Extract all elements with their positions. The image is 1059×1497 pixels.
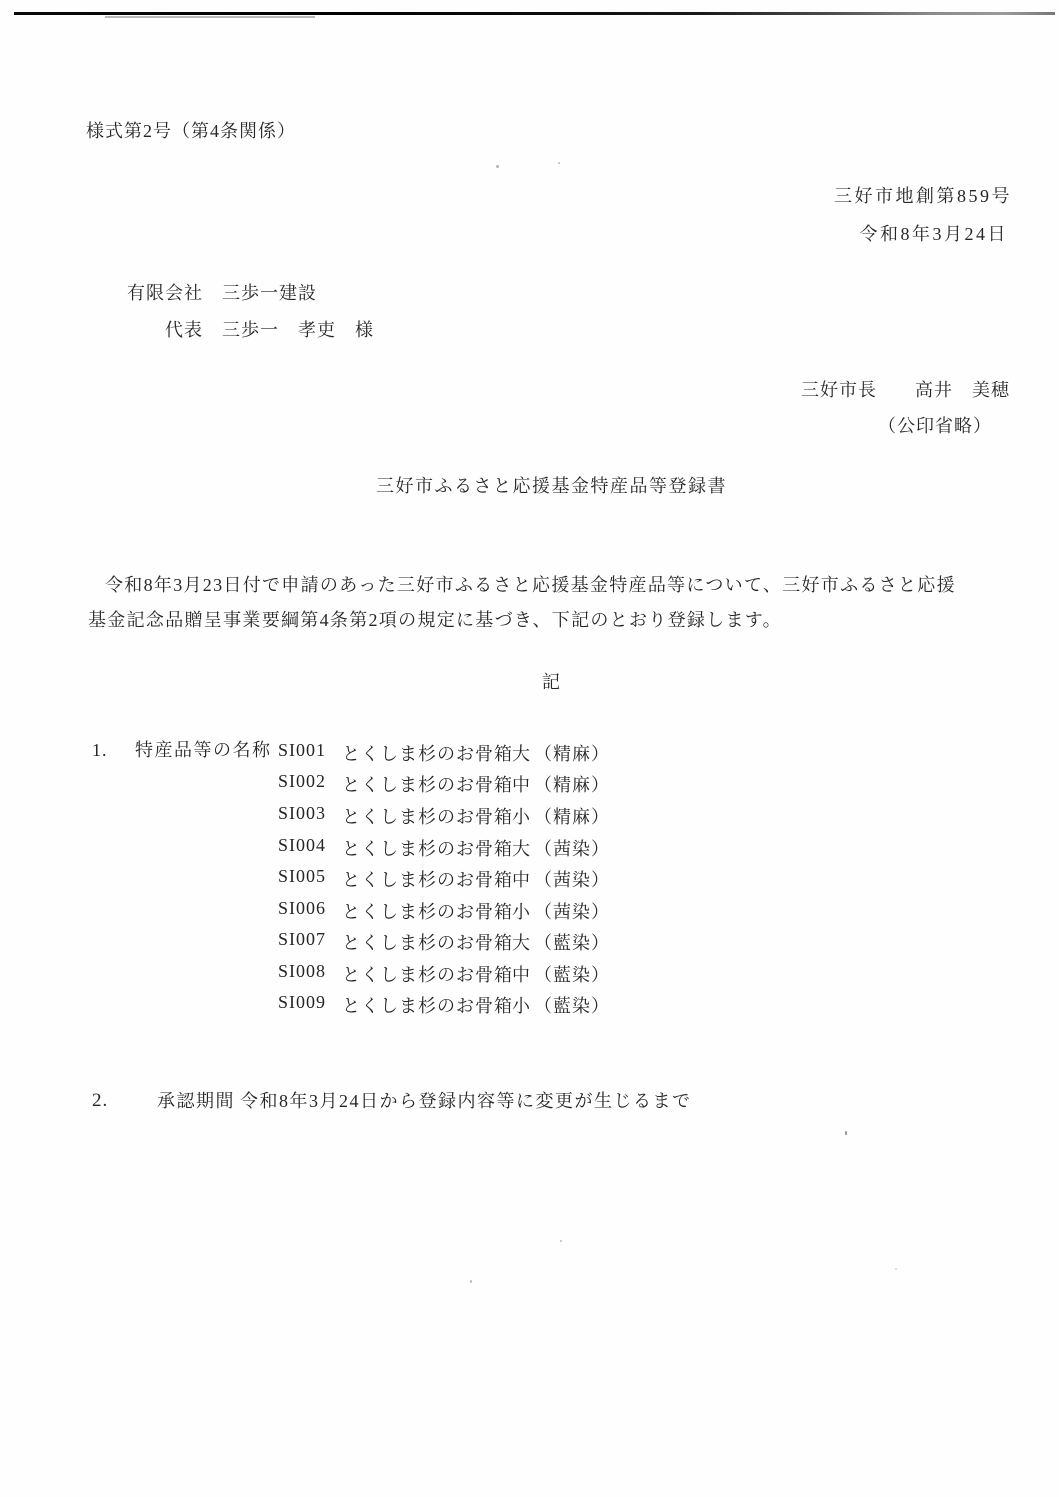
item-2-label: 承認期間 (157, 1091, 235, 1113)
scan-speck (558, 162, 560, 164)
product-variant: （藍染） (534, 992, 610, 1018)
product-size: 中 (512, 771, 531, 797)
scan-speck (496, 165, 499, 168)
product-row: SI006 とくしま杉のお骨箱 小 （茜染） (0, 898, 1059, 922)
addressee-representative: 代表 三歩一 孝吏 様 (165, 320, 374, 342)
ki-marker: 記 (542, 672, 561, 694)
product-size: 小 (512, 992, 531, 1018)
product-size: 中 (512, 961, 531, 987)
product-code: SI008 (278, 961, 326, 982)
product-code: SI007 (278, 929, 326, 950)
product-row: SI009 とくしま杉のお骨箱 小 （藍染） (0, 992, 1059, 1016)
form-number: 様式第2号（第4条関係） (86, 121, 296, 143)
product-code: SI006 (278, 898, 326, 919)
product-size: 大 (512, 835, 531, 861)
product-variant: （茜染） (534, 866, 610, 892)
body-line-1: 令和8年3月23日付で申請のあった三好市ふるさと応援基金特産品等について、三好市… (105, 575, 956, 597)
item-2-number: 2. (92, 1090, 108, 1113)
product-name: とくしま杉のお骨箱 (342, 866, 513, 892)
scan-speck (845, 1131, 847, 1135)
scan-speck (895, 1268, 897, 1270)
scan-speck (470, 1280, 472, 1283)
product-row: SI004 とくしま杉のお骨箱 大 （茜染） (0, 835, 1059, 859)
product-row: SI002 とくしま杉のお骨箱 中 （精麻） (0, 771, 1059, 795)
scanned-document-page: 様式第2号（第4条関係） 三好市地創第859号 令和8年3月24日 有限会社 三… (0, 0, 1059, 1497)
product-name: とくしま杉のお骨箱 (342, 898, 513, 924)
product-size: 小 (512, 803, 531, 829)
product-variant: （精麻） (534, 771, 610, 797)
addressee-company: 有限会社 三歩一建設 (127, 283, 317, 305)
product-code: SI001 (278, 740, 326, 761)
document-title: 三好市ふるさと応援基金特産品等登録書 (376, 476, 727, 498)
product-size: 大 (512, 929, 531, 955)
product-name: とくしま杉のお骨箱 (342, 740, 513, 766)
product-row: SI003 とくしま杉のお骨箱 小 （精麻） (0, 803, 1059, 827)
body-line-2: 基金記念品贈呈事業要綱第4条第2項の規定に基づき、下記のとおり登録します。 (88, 610, 782, 632)
product-name: とくしま杉のお骨箱 (342, 803, 513, 829)
product-variant: （茜染） (534, 898, 610, 924)
product-name: とくしま杉のお骨箱 (342, 992, 513, 1018)
product-size: 小 (512, 898, 531, 924)
product-row: SI005 とくしま杉のお骨箱 中 （茜染） (0, 866, 1059, 890)
product-code: SI005 (278, 866, 326, 887)
product-row: SI008 とくしま杉のお骨箱 中 （藍染） (0, 961, 1059, 985)
product-name: とくしま杉のお骨箱 (342, 961, 513, 987)
scan-speck (560, 1240, 562, 1242)
product-variant: （茜染） (534, 835, 610, 861)
product-variant: （藍染） (534, 961, 610, 987)
product-code: SI003 (278, 803, 326, 824)
scan-artifact-smudge (105, 16, 315, 18)
product-size: 大 (512, 740, 531, 766)
product-variant: （精麻） (534, 803, 610, 829)
product-row: SI007 とくしま杉のお骨箱 大 （藍染） (0, 929, 1059, 953)
product-code: SI009 (278, 992, 326, 1013)
product-row: SI001 とくしま杉のお骨箱 大 （精麻） (0, 740, 1059, 764)
product-variant: （藍染） (534, 929, 610, 955)
product-name: とくしま杉のお骨箱 (342, 929, 513, 955)
issuer-name: 三好市長 高井 美穂 (801, 380, 1010, 402)
product-variant: （精麻） (534, 740, 610, 766)
product-name: とくしま杉のお骨箱 (342, 771, 513, 797)
seal-omitted-note: （公印省略） (878, 416, 992, 438)
document-date: 令和8年3月24日 (860, 224, 1009, 246)
document-number: 三好市地創第859号 (834, 186, 1012, 208)
product-name: とくしま杉のお骨箱 (342, 835, 513, 861)
product-code: SI002 (278, 771, 326, 792)
product-size: 中 (512, 866, 531, 892)
product-code: SI004 (278, 835, 326, 856)
item-2-value: 令和8年3月24日から登録内容等に変更が生じるまで (240, 1091, 692, 1113)
scan-artifact-line (14, 12, 1055, 15)
